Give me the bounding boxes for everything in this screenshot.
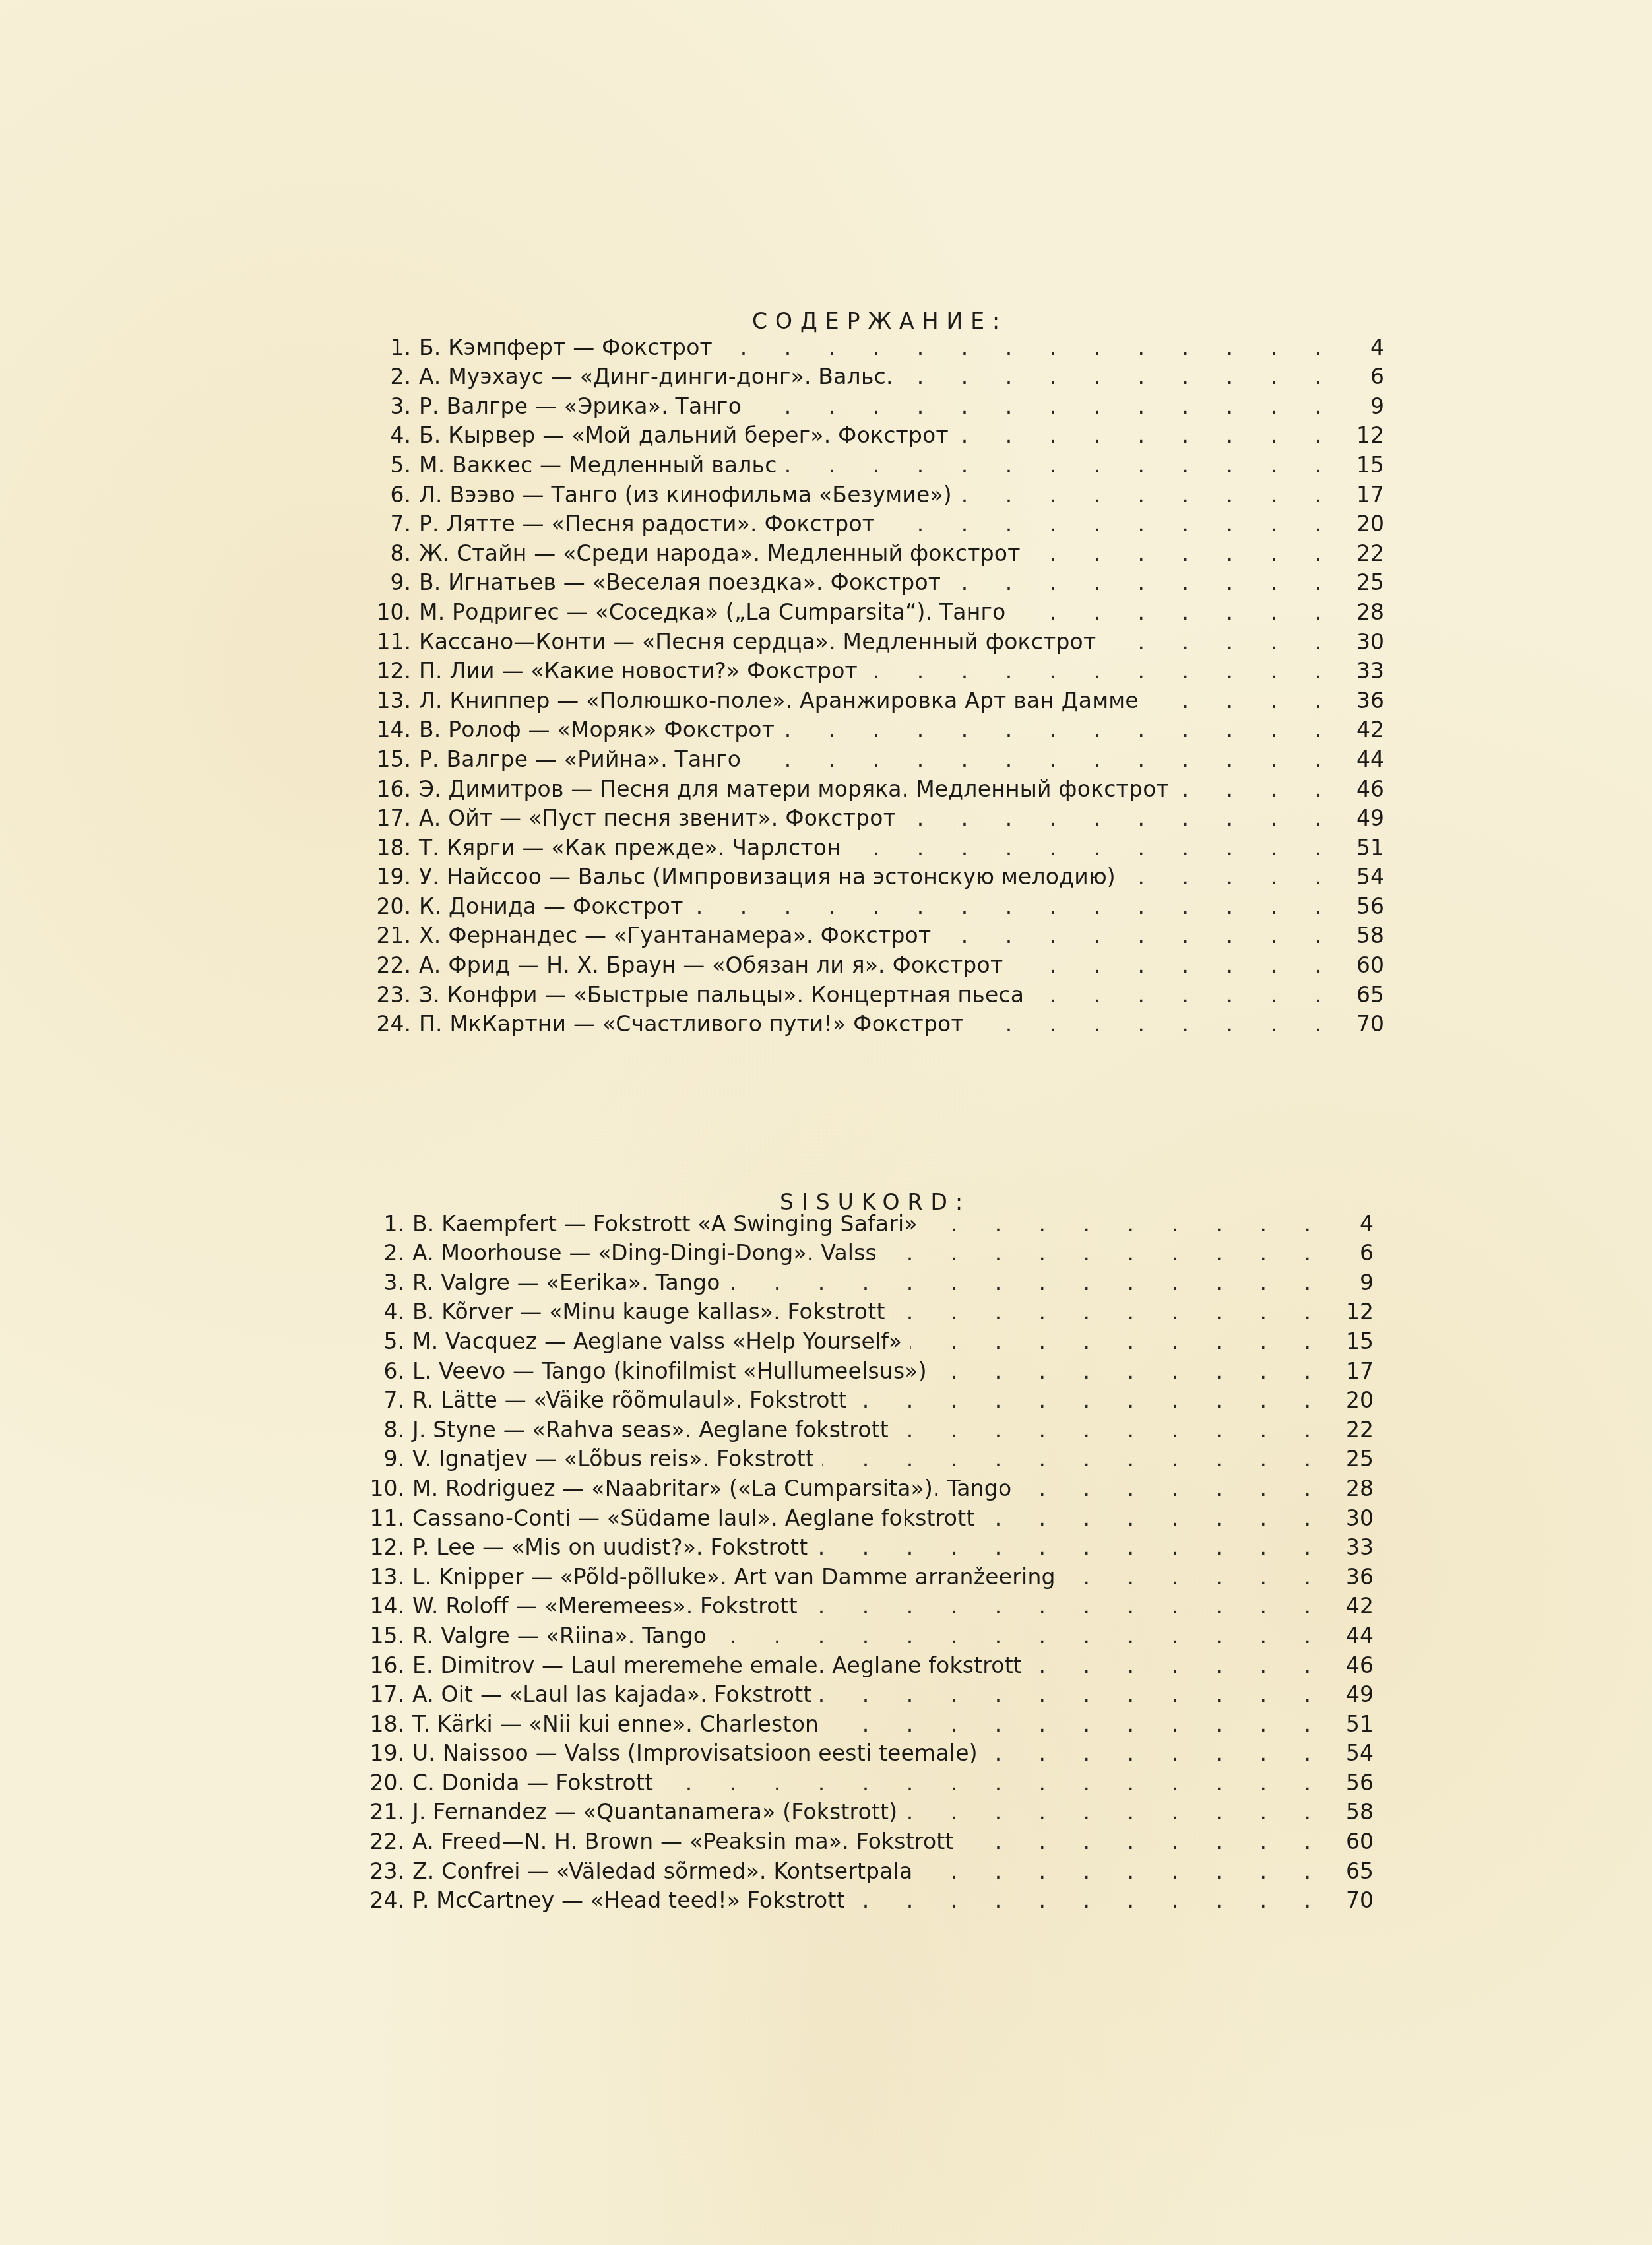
dot-leader: . . . . . . . . . . . . . . . . . . . . … bbox=[960, 484, 1337, 505]
entry-page-number: 42 bbox=[1333, 1595, 1374, 1617]
entry-page-number: 17 bbox=[1333, 1360, 1374, 1382]
toc-entry: 4. B. Kõrver — «Minu kauge kallas». Foks… bbox=[368, 1293, 1374, 1323]
toc-entry: 21. Х. Фернандес — «Гуантанамера». Фокст… bbox=[375, 917, 1384, 947]
entry-title: R. Valgre — «Eerika». Tango bbox=[412, 1272, 720, 1293]
entry-page-number: 49 bbox=[1333, 1683, 1374, 1705]
entry-number: 6. bbox=[368, 1360, 412, 1382]
entry-number: 23. bbox=[375, 984, 419, 1006]
toc-entry: 3. R. Valgre — «Eerika». Tango . . . . .… bbox=[368, 1264, 1374, 1293]
entry-number: 16. bbox=[368, 1654, 412, 1676]
toc-entry: 23. Z. Confrei — «Väledad sõrmed». Konts… bbox=[368, 1852, 1374, 1882]
entry-title: P. Lee — «Mis on uudist?». Fokstrott bbox=[412, 1536, 808, 1558]
toc-entry: 21. J. Fernandez — «Quantanamera» (Fokst… bbox=[368, 1794, 1374, 1823]
dot-leader: . . . . . . . . . . . . . . . . . . . . … bbox=[1124, 866, 1337, 888]
toc-entry: 18. Т. Кярги — «Как прежде». Чарлстон . … bbox=[375, 829, 1384, 859]
entry-page-number: 12 bbox=[1343, 424, 1384, 446]
entry-number: 11. bbox=[375, 631, 419, 653]
entry-page-number: 65 bbox=[1333, 1860, 1374, 1882]
dot-leader: . . . . . . . . . . . . . . . . . . . . … bbox=[815, 1536, 1326, 1558]
entry-page-number: 20 bbox=[1343, 513, 1384, 535]
entry-number: 20. bbox=[375, 895, 419, 917]
toc-entry: 19. У. Найссоо — Вальс (Импровизация на … bbox=[375, 859, 1384, 888]
entry-page-number: 54 bbox=[1343, 866, 1384, 888]
entry-page-number: 58 bbox=[1343, 925, 1384, 946]
entry-page-number: 9 bbox=[1343, 395, 1384, 417]
entry-number: 7. bbox=[368, 1389, 412, 1411]
entry-page-number: 42 bbox=[1343, 719, 1384, 740]
entry-number: 11. bbox=[368, 1507, 412, 1529]
toc-entry: 24. П. МкКартни — «Счастливого пути!» Фо… bbox=[375, 1006, 1384, 1035]
entry-title: A. Oit — «Laul las kajada». Fokstrott bbox=[412, 1683, 812, 1705]
entry-number: 14. bbox=[368, 1595, 412, 1617]
toc-entry: 1. B. Kaempfert — Fokstrott «A Swinging … bbox=[368, 1205, 1374, 1235]
entry-title: L. Knipper — «Põld-põlluke». Art van Dam… bbox=[412, 1566, 1056, 1588]
dot-leader: . . . . . . . . . . . . . . . . . . . . … bbox=[935, 1360, 1326, 1382]
entry-title: Ж. Стайн — «Среди народа». Медленный фок… bbox=[419, 542, 1021, 564]
toc-entry: 2. А. Муэхаус — «Динг-динги-донг». Вальс… bbox=[375, 358, 1384, 388]
toc-entry: 6. L. Veevo — Tango (kinofilmist «Hullum… bbox=[368, 1352, 1374, 1382]
entry-number: 10. bbox=[375, 601, 419, 623]
entry-page-number: 70 bbox=[1343, 1013, 1384, 1035]
entry-title: P. McCartney — «Head teed!» Fokstrott bbox=[412, 1889, 845, 1911]
dot-leader: . . . . . . . . . . . . . . . . . . . . … bbox=[1032, 984, 1337, 1006]
toc-list-russian: 1. Б. Кэмпферт — Фокстрот . . . . . . . … bbox=[375, 329, 1384, 1035]
toc-entry: 24. P. McCartney — «Head teed!» Fokstrot… bbox=[368, 1882, 1374, 1912]
dot-leader: . . . . . . . . . . . . . . . . . . . . … bbox=[1030, 1654, 1326, 1676]
entry-title: Р. Лятте — «Песня радости». Фокстрот bbox=[419, 513, 875, 535]
toc-entry: 18. T. Kärki — «Nii kui enne». Charlesto… bbox=[368, 1705, 1374, 1735]
toc-entry: 4. Б. Кырвер — «Мой дальний берег». Фокс… bbox=[375, 417, 1384, 447]
entry-page-number: 12 bbox=[1333, 1301, 1374, 1322]
entry-page-number: 30 bbox=[1343, 631, 1384, 653]
dot-leader: . . . . . . . . . . . . . . . . . . . . … bbox=[1104, 631, 1337, 653]
entry-title: М. Ваккес — Медленный вальс bbox=[419, 454, 777, 476]
entry-title: E. Dimitrov — Laul meremehe emale. Aegla… bbox=[412, 1654, 1022, 1676]
dot-leader: . . . . . . . . . . . . . . . . . . . . … bbox=[661, 1772, 1326, 1794]
entry-number: 22. bbox=[375, 954, 419, 976]
dot-leader: . . . . . . . . . . . . . . . . . . . . … bbox=[957, 424, 1337, 446]
dot-leader: . . . . . . . . . . . . . . . . . . . . … bbox=[1011, 954, 1337, 976]
toc-entry: 12. P. Lee — «Mis on uudist?». Fokstrott… bbox=[368, 1529, 1374, 1559]
entry-number: 21. bbox=[368, 1801, 412, 1823]
entry-title: В. Игнатьев — «Веселая поездка». Фокстро… bbox=[419, 571, 941, 593]
entry-title: Х. Фернандес — «Гуантанамера». Фокстрот bbox=[419, 925, 931, 946]
entry-page-number: 44 bbox=[1343, 748, 1384, 770]
entry-number: 1. bbox=[368, 1213, 412, 1235]
entry-title: Р. Валгре — «Рийна». Танго bbox=[419, 748, 741, 770]
entry-page-number: 22 bbox=[1333, 1419, 1374, 1441]
toc-entry: 1. Б. Кэмпферт — Фокстрот . . . . . . . … bbox=[375, 329, 1384, 358]
entry-title: V. Ignatjev — «Lõbus reis». Fokstrott bbox=[412, 1448, 814, 1470]
entry-number: 4. bbox=[375, 424, 419, 446]
entry-title: Cassano-Conti — «Südame laul». Aeglane f… bbox=[412, 1507, 974, 1529]
dot-leader: . . . . . . . . . . . . . . . . . . . . … bbox=[910, 1330, 1326, 1352]
toc-entry: 9. V. Ignatjev — «Lõbus reis». Fokstrott… bbox=[368, 1441, 1374, 1470]
dot-leader: . . . . . . . . . . . . . . . . . . . . … bbox=[972, 1013, 1337, 1035]
toc-entry: 20. C. Donida — Fokstrott . . . . . . . … bbox=[368, 1764, 1374, 1794]
dot-leader: . . . . . . . . . . . . . . . . . . . . … bbox=[1064, 1566, 1326, 1588]
dot-leader: . . . . . . . . . . . . . . . . . . . . … bbox=[949, 571, 1337, 593]
toc-entry: 23. З. Конфри — «Быстрые пальцы». Концер… bbox=[375, 976, 1384, 1006]
toc-entry: 15. Р. Валгре — «Рийна». Танго . . . . .… bbox=[375, 740, 1384, 770]
entry-number: 5. bbox=[375, 454, 419, 476]
toc-entry: 7. R. Lätte — «Väike rõõmulaul». Fokstro… bbox=[368, 1382, 1374, 1412]
entry-page-number: 36 bbox=[1333, 1566, 1374, 1588]
entry-page-number: 36 bbox=[1343, 690, 1384, 711]
dot-leader: . . . . . . . . . . . . . . . . . . . . … bbox=[962, 1831, 1326, 1852]
entry-number: 7. bbox=[375, 513, 419, 535]
dot-leader: . . . . . . . . . . . . . . . . . . . . … bbox=[986, 1742, 1326, 1764]
entry-title: Z. Confrei — «Väledad sõrmed». Kontsertp… bbox=[412, 1860, 912, 1882]
entry-number: 14. bbox=[375, 719, 419, 740]
entry-page-number: 54 bbox=[1333, 1742, 1374, 1764]
entry-number: 23. bbox=[368, 1860, 412, 1882]
dot-leader: . . . . . . . . . . . . . . . . . . . . … bbox=[715, 1625, 1326, 1646]
entry-number: 9. bbox=[375, 571, 419, 593]
entry-page-number: 44 bbox=[1333, 1625, 1374, 1646]
entry-title: К. Донида — Фокстрот bbox=[419, 895, 683, 917]
toc-entry: 16. E. Dimitrov — Laul meremehe emale. A… bbox=[368, 1646, 1374, 1676]
entry-title: У. Найссоо — Вальс (Импровизация на эсто… bbox=[419, 866, 1116, 888]
dot-leader: . . . . . . . . . . . . . . . . . . . . … bbox=[904, 807, 1337, 829]
entry-page-number: 28 bbox=[1343, 601, 1384, 623]
entry-number: 3. bbox=[368, 1272, 412, 1293]
entry-number: 13. bbox=[375, 690, 419, 711]
entry-number: 19. bbox=[368, 1742, 412, 1764]
entry-title: A. Moorhouse — «Ding-Dingi-Dong». Valss bbox=[412, 1242, 877, 1264]
toc-entry: 16. Э. Димитров — Песня для матери моряк… bbox=[375, 770, 1384, 800]
entry-number: 17. bbox=[368, 1683, 412, 1705]
entry-page-number: 51 bbox=[1343, 837, 1384, 859]
entry-page-number: 6 bbox=[1343, 366, 1384, 387]
entry-page-number: 70 bbox=[1333, 1889, 1374, 1911]
dot-leader: . . . . . . . . . . . . . . . . . . . . … bbox=[855, 1389, 1326, 1411]
entry-number: 21. bbox=[375, 925, 419, 946]
toc-entry: 13. L. Knipper — «Põld-põlluke». Art van… bbox=[368, 1558, 1374, 1588]
entry-title: B. Kõrver — «Minu kauge kallas». Fokstro… bbox=[412, 1301, 885, 1322]
dot-leader: . . . . . . . . . . . . . . . . . . . . … bbox=[939, 925, 1337, 946]
entry-number: 13. bbox=[368, 1566, 412, 1588]
entry-title: Э. Димитров — Песня для матери моряка. М… bbox=[419, 778, 1169, 800]
entry-page-number: 20 bbox=[1333, 1389, 1374, 1411]
entry-number: 6. bbox=[375, 484, 419, 505]
dot-leader: . . . . . . . . . . . . . . . . . . . . … bbox=[920, 1860, 1326, 1882]
entry-title: Л. Вээво — Танго (из кинофильма «Безумие… bbox=[419, 484, 952, 505]
toc-entry: 9. В. Игнатьев — «Веселая поездка». Фокс… bbox=[375, 564, 1384, 594]
entry-title: В. Ролоф — «Моряк» Фокстрот bbox=[419, 719, 775, 740]
dot-leader: . . . . . . . . . . . . . . . . . . . . … bbox=[905, 1801, 1326, 1823]
entry-page-number: 15 bbox=[1333, 1330, 1374, 1352]
dot-leader: . . . . . . . . . . . . . . . . . . . . … bbox=[883, 513, 1337, 535]
entry-page-number: 17 bbox=[1343, 484, 1384, 505]
toc-entry: 20. К. Донида — Фокстрот . . . . . . . .… bbox=[375, 888, 1384, 917]
entry-title: R. Lätte — «Väike rõõmulaul». Fokstrott bbox=[412, 1389, 847, 1411]
entry-page-number: 4 bbox=[1333, 1213, 1374, 1235]
entry-number: 15. bbox=[375, 748, 419, 770]
entry-title: W. Roloff — «Meremees». Fokstrott bbox=[412, 1595, 798, 1617]
dot-leader: . . . . . . . . . . . . . . . . . . . . … bbox=[749, 748, 1337, 770]
entry-page-number: 46 bbox=[1333, 1654, 1374, 1676]
dot-leader: . . . . . . . . . . . . . . . . . . . . … bbox=[827, 1713, 1326, 1735]
toc-entry: 14. В. Ролоф — «Моряк» Фокстрот . . . . … bbox=[375, 711, 1384, 741]
dot-leader: . . . . . . . . . . . . . . . . . . . . … bbox=[897, 1419, 1326, 1441]
entry-page-number: 6 bbox=[1333, 1242, 1374, 1264]
toc-entry: 7. Р. Лятте — «Песня радости». Фокстрот … bbox=[375, 505, 1384, 535]
entry-number: 16. bbox=[375, 778, 419, 800]
dot-leader: . . . . . . . . . . . . . . . . . . . . … bbox=[728, 1272, 1326, 1293]
entry-number: 15. bbox=[368, 1625, 412, 1646]
dot-leader: . . . . . . . . . . . . . . . . . . . . … bbox=[749, 395, 1337, 417]
dot-leader: . . . . . . . . . . . . . . . . . . . . … bbox=[1014, 601, 1337, 623]
entry-title: Л. Книппер — «Полюшко-поле». Аранжировка… bbox=[419, 690, 1139, 711]
toc-entry: 12. П. Лии — «Какие новости?» Фокстрот .… bbox=[375, 653, 1384, 682]
entry-title: Кассано—Конти — «Песня сердца». Медленны… bbox=[419, 631, 1096, 653]
dot-leader: . . . . . . . . . . . . . . . . . . . . … bbox=[853, 1889, 1326, 1911]
entry-title: R. Valgre — «Riina». Tango bbox=[412, 1625, 707, 1646]
toc-entry: 14. W. Roloff — «Meremees». Fokstrott . … bbox=[368, 1588, 1374, 1617]
toc-entry: 10. M. Rodriguez — «Naabritar» («La Cump… bbox=[368, 1470, 1374, 1499]
entry-title: З. Конфри — «Быстрые пальцы». Концертная… bbox=[419, 984, 1024, 1006]
entry-title: Б. Кэмпферт — Фокстрот bbox=[419, 337, 713, 358]
entry-number: 12. bbox=[375, 660, 419, 682]
entry-page-number: 15 bbox=[1343, 454, 1384, 476]
dot-leader: . . . . . . . . . . . . . . . . . . . . … bbox=[849, 837, 1337, 859]
dot-leader: . . . . . . . . . . . . . . . . . . . . … bbox=[1019, 1478, 1326, 1499]
dot-leader: . . . . . . . . . . . . . . . . . . . . … bbox=[1147, 690, 1337, 711]
toc-entry: 19. U. Naissoo — Valss (Improvisatsioon … bbox=[368, 1735, 1374, 1765]
entry-page-number: 56 bbox=[1333, 1772, 1374, 1794]
entry-page-number: 56 bbox=[1343, 895, 1384, 917]
entry-page-number: 51 bbox=[1333, 1713, 1374, 1735]
entry-page-number: 58 bbox=[1333, 1801, 1374, 1823]
entry-number: 1. bbox=[375, 337, 419, 358]
toc-entry: 10. М. Родригес — «Соседка» („La Cumpars… bbox=[375, 593, 1384, 623]
toc-entry: 6. Л. Вээво — Танго (из кинофильма «Безу… bbox=[375, 476, 1384, 505]
entry-number: 3. bbox=[375, 395, 419, 417]
entry-page-number: 25 bbox=[1343, 571, 1384, 593]
entry-number: 24. bbox=[375, 1013, 419, 1035]
entry-title: А. Фрид — Н. Х. Браун — «Обязан ли я». Ф… bbox=[419, 954, 1003, 976]
entry-number: 5. bbox=[368, 1330, 412, 1352]
entry-title: T. Kärki — «Nii kui enne». Charleston bbox=[412, 1713, 819, 1735]
dot-leader: . . . . . . . . . . . . . . . . . . . . … bbox=[806, 1595, 1326, 1617]
entry-title: C. Donida — Fokstrott bbox=[412, 1772, 653, 1794]
dot-leader: . . . . . . . . . . . . . . . . . . . . … bbox=[893, 1301, 1326, 1322]
entry-number: 9. bbox=[368, 1448, 412, 1470]
entry-number: 12. bbox=[368, 1536, 412, 1558]
entry-title: Б. Кырвер — «Мой дальний берег». Фокстро… bbox=[419, 424, 949, 446]
entry-page-number: 4 bbox=[1343, 337, 1384, 358]
toc-entry: 8. J. Styne — «Rahva seas». Aeglane foks… bbox=[368, 1411, 1374, 1441]
entry-number: 17. bbox=[375, 807, 419, 829]
toc-entry: 2. A. Moorhouse — «Ding-Dingi-Dong». Val… bbox=[368, 1235, 1374, 1264]
entry-number: 18. bbox=[375, 837, 419, 859]
entry-page-number: 46 bbox=[1343, 778, 1384, 800]
dot-leader: . . . . . . . . . . . . . . . . . . . . … bbox=[1029, 542, 1337, 564]
toc-entry: 3. Р. Валгре — «Эрика». Танго . . . . . … bbox=[375, 387, 1384, 417]
entry-number: 24. bbox=[368, 1889, 412, 1911]
entry-page-number: 22 bbox=[1343, 542, 1384, 564]
entry-page-number: 28 bbox=[1333, 1478, 1374, 1499]
entry-title: М. Родригес — «Соседка» („La Cumparsita“… bbox=[419, 601, 1006, 623]
entry-number: 10. bbox=[368, 1478, 412, 1499]
dot-leader: . . . . . . . . . . . . . . . . . . . . … bbox=[785, 454, 1337, 476]
dot-leader: . . . . . . . . . . . . . . . . . . . . … bbox=[782, 719, 1337, 740]
entry-title: B. Kaempfert — Fokstrott «A Swinging Saf… bbox=[412, 1213, 918, 1235]
dot-leader: . . . . . . . . . . . . . . . . . . . . … bbox=[720, 337, 1337, 358]
entry-page-number: 25 bbox=[1333, 1448, 1374, 1470]
entry-title: J. Fernandez — «Quantanamera» (Fokstrott… bbox=[412, 1801, 897, 1823]
entry-title: U. Naissoo — Valss (Improvisatsioon eest… bbox=[412, 1742, 978, 1764]
toc-entry: 22. A. Freed—N. H. Brown — «Peaksin ma».… bbox=[368, 1823, 1374, 1852]
toc-entry: 11. Кассано—Конти — «Песня сердца». Медл… bbox=[375, 623, 1384, 653]
toc-entry: 22. А. Фрид — Н. Х. Браун — «Обязан ли я… bbox=[375, 946, 1384, 976]
toc-entry: 13. Л. Книппер — «Полюшко-поле». Аранжир… bbox=[375, 682, 1384, 711]
toc-entry: 17. А. Ойт — «Пуст песня звенит». Фокстр… bbox=[375, 800, 1384, 830]
toc-entry: 11. Cassano-Conti — «Südame laul». Aegla… bbox=[368, 1499, 1374, 1529]
entry-number: 20. bbox=[368, 1772, 412, 1794]
toc-list-estonian: 1. B. Kaempfert — Fokstrott «A Swinging … bbox=[368, 1205, 1374, 1911]
entry-page-number: 30 bbox=[1333, 1507, 1374, 1529]
entry-title: А. Ойт — «Пуст песня звенит». Фокстрот bbox=[419, 807, 896, 829]
entry-number: 2. bbox=[368, 1242, 412, 1264]
toc-entry: 5. M. Vacquez — Aeglane valss «Help Your… bbox=[368, 1322, 1374, 1352]
toc-entry: 8. Ж. Стайн — «Среди народа». Медленный … bbox=[375, 535, 1384, 564]
dot-leader: . . . . . . . . . . . . . . . . . . . . … bbox=[820, 1683, 1326, 1705]
entry-page-number: 60 bbox=[1343, 954, 1384, 976]
dot-leader: . . . . . . . . . . . . . . . . . . . . … bbox=[866, 660, 1337, 682]
entry-page-number: 9 bbox=[1333, 1272, 1374, 1293]
entry-number: 8. bbox=[375, 542, 419, 564]
dot-leader: . . . . . . . . . . . . . . . . . . . . … bbox=[822, 1448, 1326, 1470]
entry-title: M. Rodriguez — «Naabritar» («La Cumparsi… bbox=[412, 1478, 1011, 1499]
dot-leader: . . . . . . . . . . . . . . . . . . . . … bbox=[901, 366, 1337, 387]
dot-leader: . . . . . . . . . . . . . . . . . . . . … bbox=[885, 1242, 1326, 1264]
entry-number: 18. bbox=[368, 1713, 412, 1735]
entry-title: П. МкКартни — «Счастливого пути!» Фокстр… bbox=[419, 1013, 964, 1035]
entry-title: А. Муэхаус — «Динг-динги-донг». Вальс. bbox=[419, 366, 893, 387]
entry-page-number: 65 bbox=[1343, 984, 1384, 1006]
dot-leader: . . . . . . . . . . . . . . . . . . . . … bbox=[982, 1507, 1326, 1529]
entry-page-number: 33 bbox=[1343, 660, 1384, 682]
toc-entry: 17. A. Oit — «Laul las kajada». Fokstrot… bbox=[368, 1676, 1374, 1706]
entry-number: 8. bbox=[368, 1419, 412, 1441]
entry-number: 22. bbox=[368, 1831, 412, 1852]
dot-leader: . . . . . . . . . . . . . . . . . . . . … bbox=[926, 1213, 1326, 1235]
dot-leader: . . . . . . . . . . . . . . . . . . . . … bbox=[1177, 778, 1337, 800]
entry-title: A. Freed—N. H. Brown — «Peaksin ma». Fok… bbox=[412, 1831, 954, 1852]
dot-leader: . . . . . . . . . . . . . . . . . . . . … bbox=[691, 895, 1337, 917]
entry-title: П. Лии — «Какие новости?» Фокстрот bbox=[419, 660, 858, 682]
entry-number: 19. bbox=[375, 866, 419, 888]
toc-entry: 5. М. Ваккес — Медленный вальс . . . . .… bbox=[375, 446, 1384, 476]
entry-page-number: 49 bbox=[1343, 807, 1384, 829]
entry-number: 2. bbox=[375, 366, 419, 387]
entry-page-number: 33 bbox=[1333, 1536, 1374, 1558]
toc-entry: 15. R. Valgre — «Riina». Tango . . . . .… bbox=[368, 1617, 1374, 1646]
entry-title: Т. Кярги — «Как прежде». Чарлстон bbox=[419, 837, 841, 859]
entry-title: J. Styne — «Rahva seas». Aeglane fokstro… bbox=[412, 1419, 889, 1441]
entry-title: Р. Валгре — «Эрика». Танго bbox=[419, 395, 742, 417]
entry-page-number: 60 bbox=[1333, 1831, 1374, 1852]
entry-number: 4. bbox=[368, 1301, 412, 1322]
entry-title: L. Veevo — Tango (kinofilmist «Hullumeel… bbox=[412, 1360, 927, 1382]
entry-title: M. Vacquez — Aeglane valss «Help Yoursel… bbox=[412, 1330, 902, 1352]
